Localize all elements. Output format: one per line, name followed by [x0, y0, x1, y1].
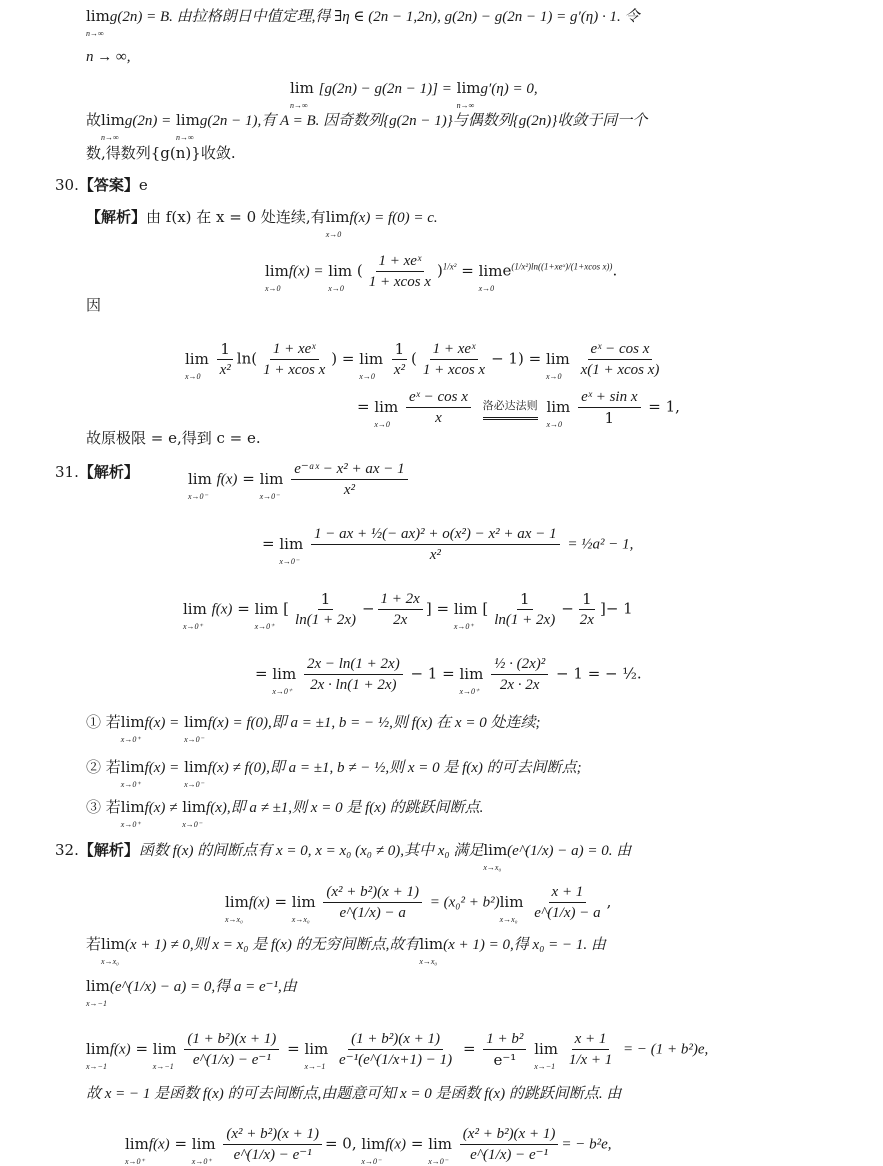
display-equation: limx→−1f(x) = limx→−1 (1 + b²)(x + 1)e^(… — [86, 1030, 708, 1069]
problem-30-header: 30.【答案】e — [55, 175, 148, 195]
display-equation: limn→∞ [g(2n) − g(2n − 1)] = limn→∞g′(η)… — [290, 78, 538, 99]
text-line: 【解析】由 f(x) 在 x = 0 处连续,有limx→0f(x) = f(0… — [86, 207, 438, 228]
display-equation: limx→0 1x²ln(1 + xeˣ1 + xcos x) = limx→0… — [185, 340, 665, 379]
display-equation: = limx→0 eˣ − cos xx 洛必达法则 limx→0 eˣ + s… — [357, 388, 680, 427]
display-equation: limx→0⁺f(x) = limx→0⁺ (x² + b²)(x + 1)e^… — [125, 1125, 612, 1164]
display-equation: limx→x₀f(x) = limx→x₀ (x² + b²)(x + 1)e^… — [225, 883, 611, 922]
text-line: limn→∞g(2n) = B. 由拉格朗日中值定理,得 ∃η ∈ (2n − … — [86, 6, 639, 27]
display-equation: = limx→0⁻ 1 − ax + ½(− ax)² + o(x²) − x²… — [262, 525, 633, 564]
problem-32-header: 32.【解析】函数 f(x) 的间断点有 x = 0, x = x₀ (x₀ ≠… — [55, 840, 631, 861]
display-equation: limx→0⁻ f(x) = limx→0⁻ e⁻ᵃˣ − x² + ax − … — [188, 460, 411, 499]
text-line: limx→−1(e^(1/x) − a) = 0,得 a = e⁻¹,由 — [86, 976, 297, 997]
text-line: 故 x = − 1 是函数 f(x) 的可去间断点,由题意可知 x = 0 是函… — [86, 1083, 621, 1104]
answer-tag: 【答案】 — [79, 176, 139, 194]
text-line: 故原极限 = e,得到 c = e. — [86, 428, 261, 448]
analysis-tag: 【解析】 — [86, 208, 146, 226]
display-equation: limx→0f(x) = limx→0 (1 + xeˣ1 + xcos x)1… — [265, 252, 617, 291]
case-item-3: ③ 若limx→0⁺f(x) ≠ limx→0⁻f(x),即 a ≠ ±1,则 … — [86, 797, 483, 818]
limit-operator: limn→∞ — [86, 6, 110, 26]
display-equation: = limx→0⁺ 2x − ln(1 + 2x)2x · ln(1 + 2x)… — [255, 655, 642, 694]
text-line: n → ∞, — [86, 46, 130, 67]
display-equation: limx→0⁺ f(x) = limx→0⁺ [1ln(1 + 2x)−1 + … — [183, 590, 633, 629]
problem-number: 30. — [55, 176, 79, 194]
case-item-2: ② 若limx→0⁺f(x) = limx→0⁻f(x) ≠ f(0),即 a … — [86, 757, 582, 778]
text-line: 因 — [86, 295, 101, 315]
case-item-1: ① 若limx→0⁺f(x) = limx→0⁻f(x) = f(0),即 a … — [86, 712, 540, 733]
problem-31-header: 31.【解析】 — [55, 462, 139, 482]
text-line: 数,得数列{g(n)}收敛. — [86, 143, 236, 163]
text-line: 故limn→∞g(2n) = limn→∞g(2n − 1),有 A = B. … — [86, 110, 647, 131]
text-line: 若limx→x₀(x + 1) ≠ 0,则 x = x₀ 是 f(x) 的无穷间… — [86, 934, 606, 955]
lhopital-rule-label: 洛必达法则 — [483, 396, 538, 420]
answer-value: e — [139, 176, 148, 194]
